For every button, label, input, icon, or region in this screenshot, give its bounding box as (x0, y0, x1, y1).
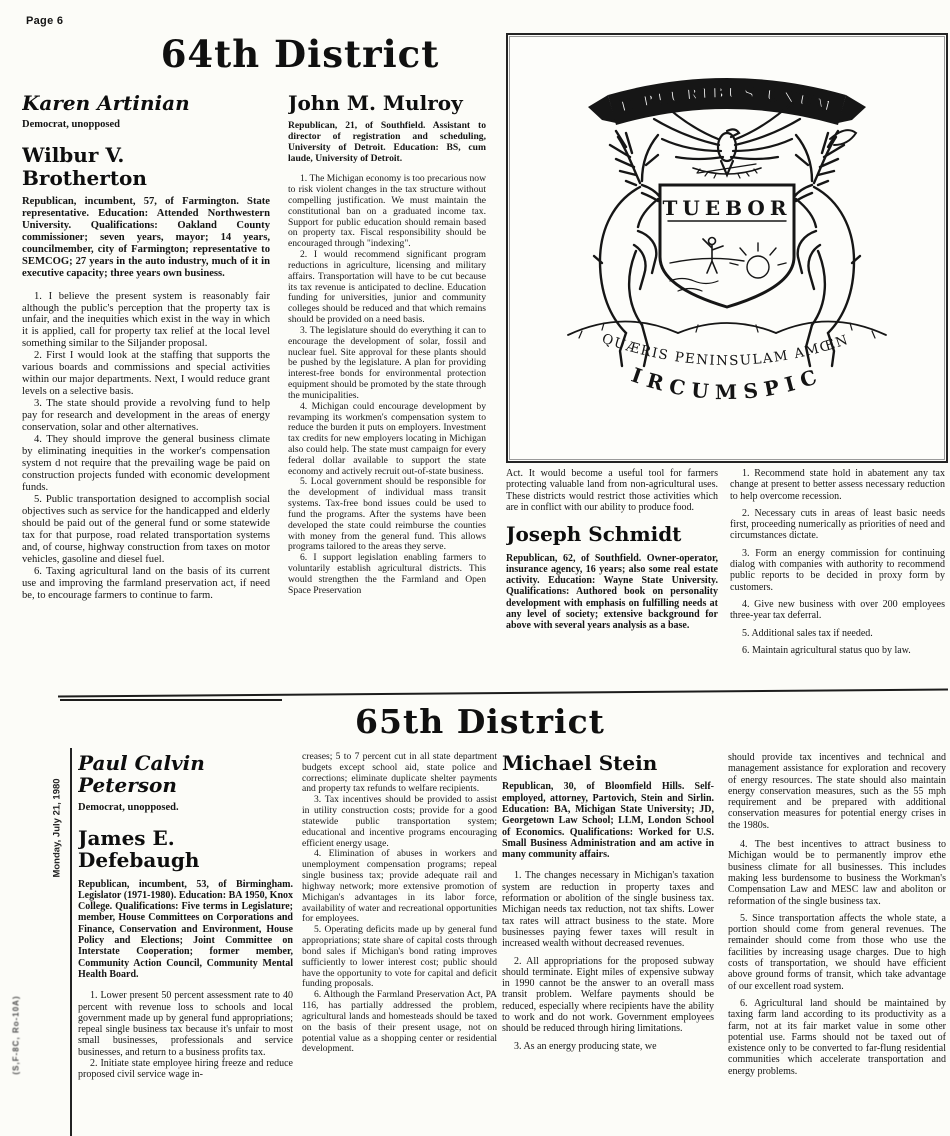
candidate-answers: 4. The best incentives to attract busine… (728, 839, 946, 1077)
frontiersman-figure (703, 238, 723, 274)
answer-paragraph: 5. Public transportation designed to acc… (22, 494, 270, 566)
answer-paragraph: 1. I believe the present system is reaso… (22, 291, 270, 351)
name-line: Paul Calvin (78, 752, 293, 774)
name-line: James E. (78, 827, 293, 849)
d64-column-3: Act. It would become a useful tool for f… (506, 468, 718, 692)
candidate-answers: 1. The changes necessary in Michigan's t… (502, 870, 714, 1051)
answer-paragraph: 6. Agricultural land should be maintaine… (728, 998, 946, 1077)
candidate-answers: 1. Lower present 50 percent assessment r… (78, 990, 293, 1080)
right-moose-icon (794, 130, 860, 366)
candidate-name-wilbur-brotherton: Wilbur V. Brotherton (22, 144, 270, 189)
d65-column-3: Michael Stein Republican, 30, of Bloomfi… (502, 752, 714, 1136)
answer-paragraph: 4. Elimination of abuses in workers and … (302, 849, 497, 925)
candidate-name-james-defebaugh: James E. Defebaugh (78, 827, 293, 872)
candidate-answers: 1. I believe the present system is reaso… (22, 291, 270, 602)
answer-paragraph: 3. Tax incentives should be provided to … (302, 795, 497, 849)
answer-paragraph: 4. Michigan could encourage development … (288, 402, 486, 478)
shield-motto-tuebor: TUEBOR (663, 196, 792, 220)
answer-paragraph: 5. Operating deficits made up by general… (302, 925, 497, 990)
candidate-answers: 3. Tax incentives should be provided to … (302, 795, 497, 1055)
d65-column-2: creases; 5 to 7 percent cut in all state… (302, 752, 497, 1136)
candidate-name-joseph-schmidt: Joseph Schmidt (506, 523, 718, 545)
d65-column-1: Paul Calvin Peterson Democrat, unopposed… (78, 752, 293, 1136)
answer-paragraph: 6. Maintain agricultural status quo by l… (730, 645, 945, 656)
date-vertical-label: Monday, July 21, 1980 (52, 778, 63, 877)
answer-paragraph: 5. Local government should be responsibl… (288, 477, 486, 553)
name-line: Wilbur V. (22, 144, 270, 166)
answer-paragraph: 5. Since transportation affects the whol… (728, 913, 946, 992)
candidate-answers: 1. The Michigan economy is too precariou… (288, 174, 486, 596)
party-label: Democrat, unopposed (22, 119, 270, 130)
answer-paragraph: 2. All appropriations for the proposed s… (502, 956, 714, 1035)
edge-marking-label: (S,F-8C, Ro-10A) (12, 995, 21, 1074)
newspaper-page: Page 6 64th District E PLURIBUS UNUM (0, 0, 950, 1136)
d65-column-4: should provide tax incentives and techni… (728, 752, 946, 1136)
answer-paragraph: 2. Necessary cuts in areas of least basi… (730, 508, 945, 542)
candidate-name-karen-artinian: Karen Artinian (22, 92, 270, 114)
page-number: Page 6 (26, 16, 63, 27)
candidate-name-paul-peterson: Paul Calvin Peterson (78, 752, 293, 797)
answer-paragraph: 2. First I would look at the staffing th… (22, 350, 270, 398)
continuation-paragraph: Act. It would become a useful tool for f… (506, 468, 718, 513)
candidate-name-john-mulroy: John M. Mulroy (288, 92, 486, 114)
district-65-title: 65th District (280, 702, 680, 741)
candidate-bio: Republican, incumbent, 57, of Farmington… (22, 196, 270, 280)
michigan-seal: E PLURIBUS UNUM (506, 33, 948, 463)
answer-paragraph: 3. Form an energy commission for continu… (730, 548, 945, 593)
answer-paragraph: 6. Although the Farmland Preservation Ac… (302, 990, 497, 1055)
left-elk-icon (594, 131, 660, 366)
candidate-bio: Republican, 62, of Southfield. Owner-ope… (506, 553, 718, 632)
answer-paragraph: 4. The best incentives to attract busine… (728, 839, 946, 907)
answer-paragraph: 3. As an energy producing state, we (502, 1041, 714, 1052)
answer-paragraph: 3. The legislature should do everything … (288, 326, 486, 402)
answer-paragraph: 1. The Michigan economy is too precariou… (288, 174, 486, 250)
name-line: Brotherton (22, 167, 270, 189)
answer-paragraph: 2. Initiate state employee hiring freeze… (78, 1058, 293, 1081)
d64-column-2: John M. Mulroy Republican, 21, of Southf… (288, 92, 486, 692)
d64-column-4: 1. Recommend state hold in abatement any… (730, 468, 945, 692)
answer-paragraph: 6. Taxing agricultural land on the basis… (22, 566, 270, 602)
answer-paragraph: 6. I support legislation enabling farmer… (288, 553, 486, 596)
continuation-paragraph: should provide tax incentives and techni… (728, 752, 946, 831)
answer-paragraph: 5. Additional sales tax if needed. (730, 628, 945, 639)
name-line: Peterson (78, 774, 293, 796)
candidate-bio: Republican, incumbent, 53, of Birmingham… (78, 879, 293, 981)
candidate-name-michael-stein: Michael Stein (502, 752, 714, 774)
michigan-coat-of-arms-illustration: E PLURIBUS UNUM (508, 35, 946, 461)
candidate-bio: Republican, 21, of Southfield. Assistant… (288, 121, 486, 164)
party-label: Democrat, unopposed. (78, 802, 293, 813)
answer-paragraph: 4. Give new business with over 200 emplo… (730, 599, 945, 622)
answer-paragraph: 1. Lower present 50 percent assessment r… (78, 990, 293, 1058)
answer-paragraph: 1. Recommend state hold in abatement any… (730, 468, 945, 502)
answer-paragraph: 3. The state should provide a revolving … (22, 398, 270, 434)
candidate-bio: Republican, 30, of Bloomfield Hills. Sel… (502, 781, 714, 860)
candidate-answers: 1. Recommend state hold in abatement any… (730, 468, 945, 656)
answer-paragraph: 4. They should improve the general busin… (22, 434, 270, 494)
section-divider-rule-segment (60, 699, 282, 701)
d64-column-1: Karen Artinian Democrat, unopposed Wilbu… (22, 92, 270, 692)
eagle-icon (654, 101, 800, 178)
column-rule-vertical (70, 748, 72, 1136)
answer-paragraph: 1. The changes necessary in Michigan's t… (502, 870, 714, 949)
district-64-title: 64th District (95, 32, 505, 76)
answer-paragraph: 2. I would recommend significant program… (288, 250, 486, 326)
name-line: Defebaugh (78, 849, 293, 871)
continuation-paragraph: creases; 5 to 7 percent cut in all state… (302, 752, 497, 795)
